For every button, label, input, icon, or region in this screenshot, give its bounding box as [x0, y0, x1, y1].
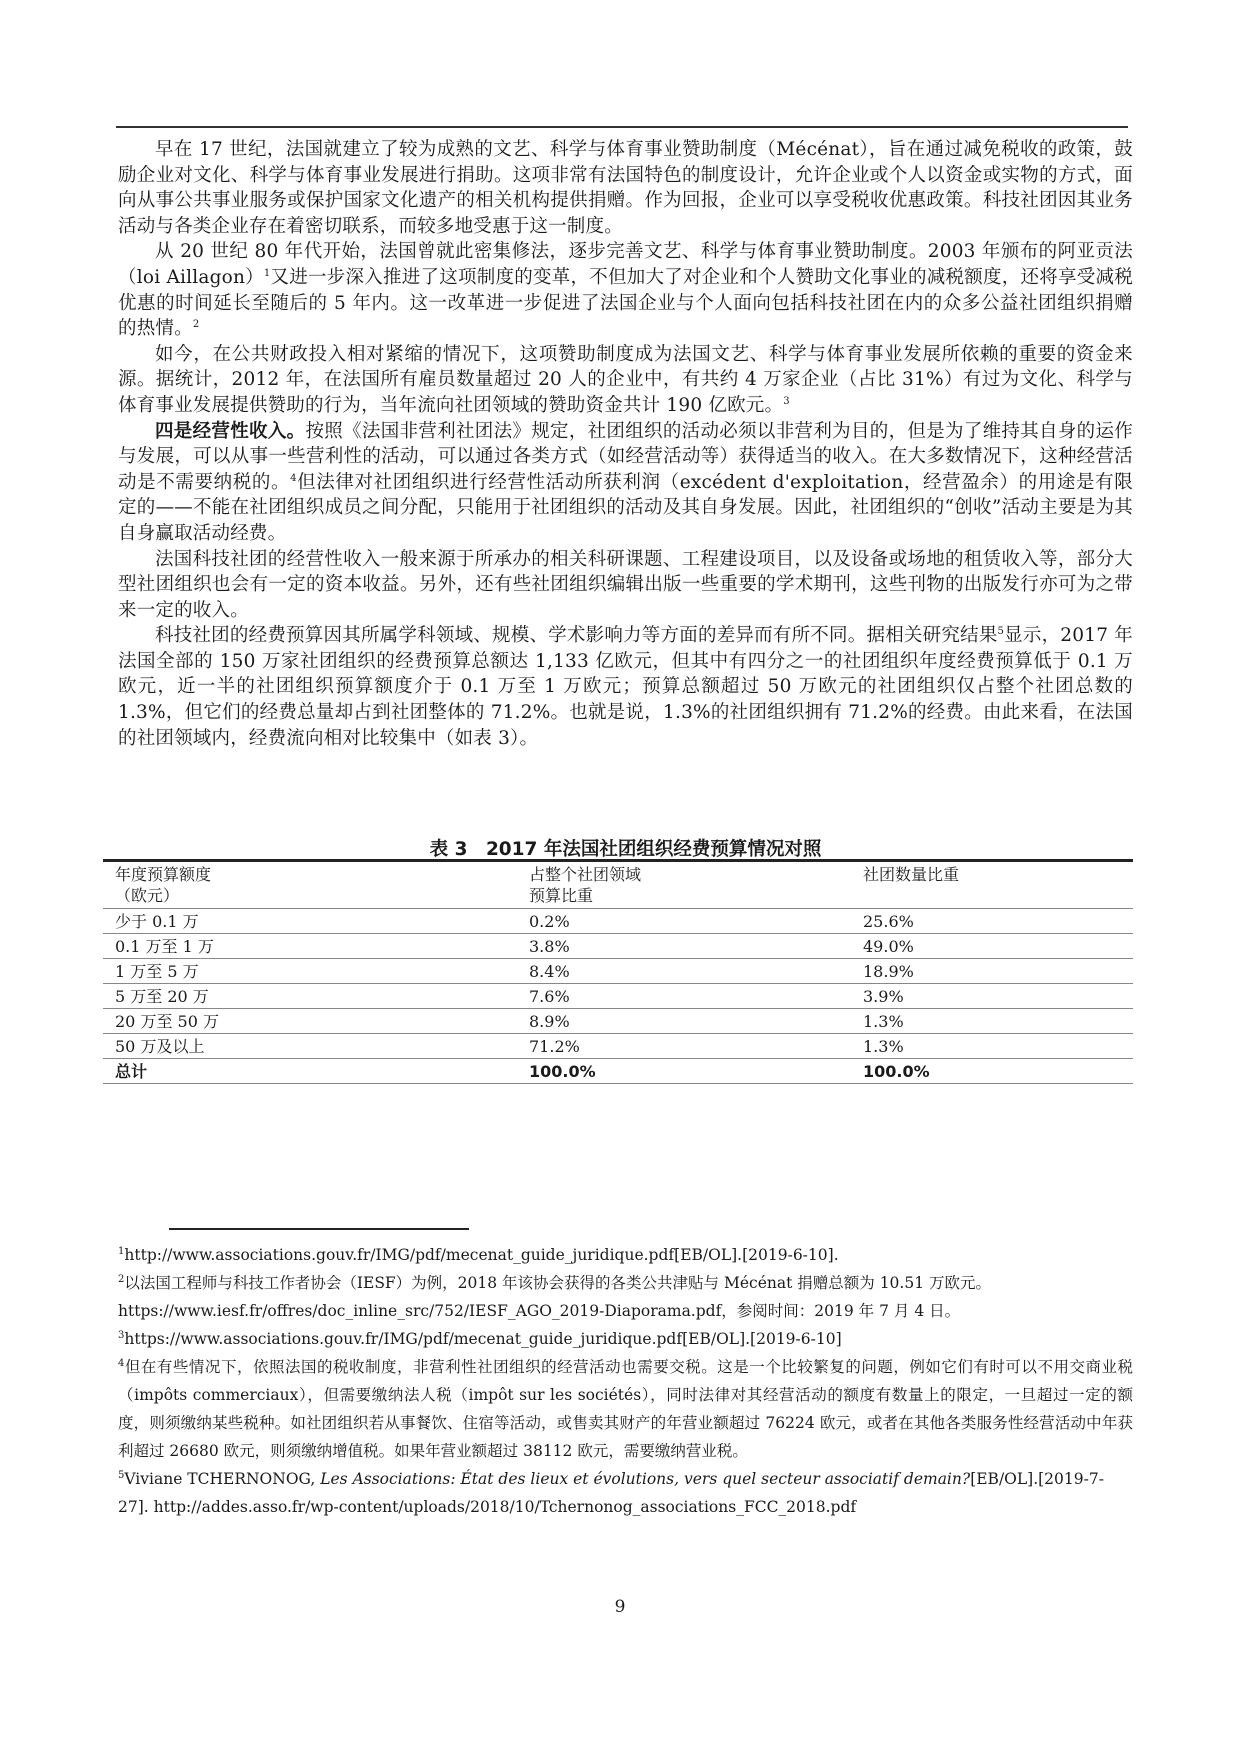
cell-range: 20 万至 50 万	[103, 1009, 517, 1034]
footnote-text: 以法国工程师与科技工作者协会（IESF）为例，2018 年该协会获得的各类公共津…	[124, 1274, 991, 1292]
table-row: 0.1 万至 1 万 3.8% 49.0%	[103, 934, 1133, 959]
cell-budget-share: 8.9%	[517, 1009, 851, 1034]
paragraph-text: 法国科技社团的经营性收入一般来源于所承办的相关科研课题、工程建设项目，以及设备或…	[118, 549, 1133, 621]
cell-total-count-share: 100.0%	[851, 1059, 1133, 1084]
cell-count-share: 1.3%	[851, 1009, 1133, 1034]
footnote-ref-2[interactable]: 2	[193, 319, 200, 330]
page-number: 9	[0, 1597, 1240, 1617]
cell-total-label: 总计	[103, 1059, 517, 1084]
paragraph-text: 科技社团的经费预算因其所属学科领域、规模、学术影响力等方面的差异而有所不同。据相…	[155, 625, 998, 646]
cell-range: 5 万至 20 万	[103, 984, 517, 1009]
paragraph-text: 又进一步深入推进了这项制度的变革，不但加大了对企业和个人赞助文化事业的减税额度，…	[118, 267, 1133, 339]
paragraph-operating-income: 四是经营性收入。按照《法国非营利社团法》规定，社团组织的活动必须以非营利为目的，…	[118, 419, 1133, 547]
paragraph-budget-distribution: 科技社团的经费预算因其所属学科领域、规模、学术影响力等方面的差异而有所不同。据相…	[118, 623, 1133, 751]
cell-budget-share: 71.2%	[517, 1034, 851, 1059]
table-row: 20 万至 50 万 8.9% 1.3%	[103, 1009, 1133, 1034]
body-text: 早在 17 世纪，法国就建立了较为成熟的文艺、科学与体育事业赞助制度（Mécén…	[118, 137, 1133, 751]
footnote-1: 1http://www.associations.gouv.fr/IMG/pdf…	[118, 1241, 1133, 1269]
cell-range: 1 万至 5 万	[103, 959, 517, 984]
cell-budget-share: 7.6%	[517, 984, 851, 1009]
header-budget-share: 占整个社团领域预算比重	[517, 861, 851, 909]
table-row: 1 万至 5 万 8.4% 18.9%	[103, 959, 1133, 984]
cell-budget-share: 0.2%	[517, 909, 851, 934]
cell-count-share: 3.9%	[851, 984, 1133, 1009]
footnote-separator	[169, 1228, 469, 1230]
footnote-5: 5Viviane TCHERNONOG, Les Associations: É…	[118, 1465, 1133, 1521]
footnotes: 1http://www.associations.gouv.fr/IMG/pdf…	[118, 1241, 1133, 1521]
footnote-2: 2以法国工程师与科技工作者协会（IESF）为例，2018 年该协会获得的各类公共…	[118, 1269, 1133, 1297]
footnote-title: Les Associations: État des lieux et évol…	[320, 1470, 970, 1488]
table-header-row: 年度预算额度（欧元） 占整个社团领域预算比重 社团数量比重	[103, 861, 1133, 909]
footnote-author: Viviane TCHERNONOG,	[124, 1470, 320, 1488]
paragraph-funding-source: 如今，在公共财政投入相对紧缩的情况下，这项赞助制度成为法国文艺、科学与体育事业发…	[118, 342, 1133, 419]
cell-range: 少于 0.1 万	[103, 909, 517, 934]
table-row: 5 万至 20 万 7.6% 3.9%	[103, 984, 1133, 1009]
table-row: 50 万及以上 71.2% 1.3%	[103, 1034, 1133, 1059]
footnote-4: 4但在有些情况下，依照法国的税收制度，非营利性社团组织的经营活动也需要交税。这是…	[118, 1353, 1133, 1465]
cell-budget-share: 8.4%	[517, 959, 851, 984]
header-budget-range: 年度预算额度（欧元）	[103, 861, 517, 909]
paragraph-loi-aillagon: 从 20 世纪 80 年代开始，法国曾就此密集修法，逐步完善文艺、科学与体育事业…	[118, 239, 1133, 341]
cell-total-budget-share: 100.0%	[517, 1059, 851, 1084]
paragraph-income-sources: 法国科技社团的经营性收入一般来源于所承办的相关科研课题、工程建设项目，以及设备或…	[118, 547, 1133, 624]
header-count-share: 社团数量比重	[851, 861, 1133, 909]
footnote-2-cont: https://www.iesf.fr/offres/doc_inline_sr…	[118, 1297, 1133, 1325]
cell-count-share: 25.6%	[851, 909, 1133, 934]
footnote-ref-3[interactable]: 3	[783, 396, 790, 407]
footnote-link[interactable]: https://www.iesf.fr/offres/doc_inline_sr…	[118, 1302, 960, 1320]
cell-count-share: 49.0%	[851, 934, 1133, 959]
footnote-text: 但在有些情况下，依照法国的税收制度，非营利性社团组织的经营活动也需要交税。这是一…	[118, 1358, 1133, 1460]
budget-table: 年度预算额度（欧元） 占整个社团领域预算比重 社团数量比重 少于 0.1 万 0…	[103, 859, 1133, 1084]
table-row: 少于 0.1 万 0.2% 25.6%	[103, 909, 1133, 934]
cell-count-share: 1.3%	[851, 1034, 1133, 1059]
footnote-link[interactable]: https://www.associations.gouv.fr/IMG/pdf…	[124, 1330, 841, 1348]
section-lead: 四是经营性收入。	[155, 421, 305, 442]
paragraph-mecenat-intro: 早在 17 世纪，法国就建立了较为成熟的文艺、科学与体育事业赞助制度（Mécén…	[118, 137, 1133, 239]
cell-budget-share: 3.8%	[517, 934, 851, 959]
paragraph-text: 早在 17 世纪，法国就建立了较为成熟的文艺、科学与体育事业赞助制度（Mécén…	[118, 139, 1133, 237]
header-rule	[116, 126, 1128, 128]
footnote-3: 3https://www.associations.gouv.fr/IMG/pd…	[118, 1325, 1133, 1353]
cell-range: 50 万及以上	[103, 1034, 517, 1059]
table-total-row: 总计 100.0% 100.0%	[103, 1059, 1133, 1084]
cell-range: 0.1 万至 1 万	[103, 934, 517, 959]
footnote-link[interactable]: http://www.associations.gouv.fr/IMG/pdf/…	[124, 1246, 838, 1264]
paragraph-text: 如今，在公共财政投入相对紧缩的情况下，这项赞助制度成为法国文艺、科学与体育事业发…	[118, 344, 1133, 416]
cell-count-share: 18.9%	[851, 959, 1133, 984]
